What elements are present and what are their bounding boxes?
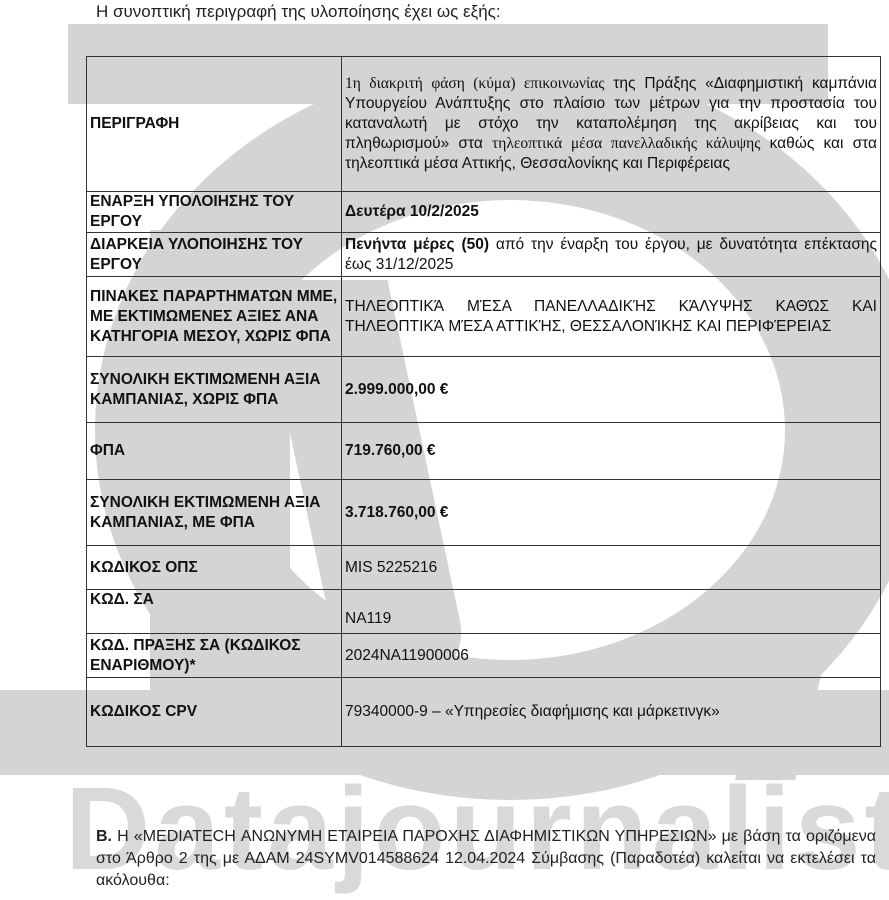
section-b-text: Η «MEDIATECH ΑΝΩΝΥΜΗ ΕΤΑΙΡΕΙΑ ΠΑΡΟΧΗΣ ΔΙ…: [96, 828, 876, 889]
row-label: ΦΠΑ: [87, 423, 342, 480]
row-label: ΚΩΔΙΚΟΣ CPV: [87, 678, 342, 747]
table-row: ΚΩΔ. ΠΡΑΞΗΣ ΣΑ (ΚΩΔΙΚΟΣ ΕΝΑΡΙΘΜΟΥ)*2024Ν…: [87, 634, 881, 678]
value-segment: τηλεοπτικά μέσα πανελλαδικής κάλυψης: [492, 135, 760, 152]
row-value: ΝΑ119: [342, 590, 881, 634]
row-label: ΚΩΔ. ΠΡΑΞΗΣ ΣΑ (ΚΩΔΙΚΟΣ ΕΝΑΡΙΘΜΟΥ)*: [87, 634, 342, 678]
value-text: ΝΑ119: [345, 610, 391, 627]
row-label: ΣΥΝΟΛΙΚΗ ΕΚΤΙΜΩΜΕΝΗ ΑΞΙΑ ΚΑΜΠΑΝΙΑΣ, ΧΩΡΙ…: [87, 357, 342, 423]
value-text: 79340000-9 – «Υπηρεσίες διαφήμισης και μ…: [345, 703, 720, 720]
value-bold: Πενήντα μέρες (50): [345, 236, 489, 253]
row-value: MIS 5225216: [342, 546, 881, 590]
intro-text: Η συνοπτική περιγραφή της υλοποίησης έχε…: [96, 2, 501, 22]
row-value: 79340000-9 – «Υπηρεσίες διαφήμισης και μ…: [342, 678, 881, 747]
table-row: ΣΥΝΟΛΙΚΗ ΕΚΤΙΜΩΜΕΝΗ ΑΞΙΑ ΚΑΜΠΑΝΙΑΣ, ΧΩΡΙ…: [87, 357, 881, 423]
row-value: Δευτέρα 10/2/2025: [342, 192, 881, 233]
row-label: ΕΝΑΡΞΗ ΥΠΟΛΟΙΗΣΗΣ ΤΟΥ ΕΡΓΟΥ: [87, 192, 342, 233]
project-spec-table: ΠΕΡΙΓΡΑΦΗ1η διακριτή φάση (κύμα) επικοιν…: [86, 56, 881, 747]
table-row: ΚΩΔ. ΣΑΝΑ119: [87, 590, 881, 634]
value-text: 2024ΝΑ11900006: [345, 647, 469, 664]
table-row: ΠΕΡΙΓΡΑΦΗ1η διακριτή φάση (κύμα) επικοιν…: [87, 57, 881, 192]
table-row: ΕΝΑΡΞΗ ΥΠΟΛΟΙΗΣΗΣ ΤΟΥ ΕΡΓΟΥΔευτέρα 10/2/…: [87, 192, 881, 233]
row-label: ΚΩΔΙΚΟΣ ΟΠΣ: [87, 546, 342, 590]
row-value: 1η διακριτή φάση (κύμα) επικοινωνίας της…: [342, 57, 881, 192]
section-b-label: Β.: [96, 828, 112, 845]
table-row: ΚΩΔΙΚΟΣ CPV79340000-9 – «Υπηρεσίες διαφή…: [87, 678, 881, 747]
section-b-paragraph: Β. Η «MEDIATECH ΑΝΩΝΥΜΗ ΕΤΑΙΡΕΙΑ ΠΑΡΟΧΗΣ…: [96, 826, 876, 892]
row-value: 719.760,00 €: [342, 423, 881, 480]
row-value: ΤΗΛΕΟΠΤΙΚΆ ΜΈΣΑ ΠΑΝΕΛΛΑΔΙΚΉΣ ΚΆΛΥΨΗΣ ΚΑΘ…: [342, 277, 881, 357]
row-label: ΚΩΔ. ΣΑ: [87, 590, 342, 634]
value-segment: 1η διακριτή φάση (κύμα) επικοινωνίας: [345, 75, 604, 92]
table-row: ΚΩΔΙΚΟΣ ΟΠΣMIS 5225216: [87, 546, 881, 590]
row-value: 2.999.000,00 €: [342, 357, 881, 423]
value-bold: 3.718.760,00 €: [345, 504, 448, 521]
table-row: ΣΥΝΟΛΙΚΗ ΕΚΤΙΜΩΜΕΝΗ ΑΞΙΑ ΚΑΜΠΑΝΙΑΣ, ΜΕ Φ…: [87, 480, 881, 546]
table-row: ΦΠΑ719.760,00 €: [87, 423, 881, 480]
value-bold: 2.999.000,00 €: [345, 381, 448, 398]
row-label: ΣΥΝΟΛΙΚΗ ΕΚΤΙΜΩΜΕΝΗ ΑΞΙΑ ΚΑΜΠΑΝΙΑΣ, ΜΕ Φ…: [87, 480, 342, 546]
value-text: ΤΗΛΕΟΠΤΙΚΆ ΜΈΣΑ ΠΑΝΕΛΛΑΔΙΚΉΣ ΚΆΛΥΨΗΣ ΚΑΘ…: [345, 298, 877, 335]
value-text: MIS 5225216: [345, 559, 437, 576]
row-value: 3.718.760,00 €: [342, 480, 881, 546]
row-value: Πενήντα μέρες (50) από την έναρξη του έρ…: [342, 233, 881, 277]
table-row: ΠΙΝΑΚΕΣ ΠΑΡΑΡΤΗΜΑΤΩΝ ΜΜΕ, ΜΕ ΕΚΤΙΜΩΜΕΝΕΣ…: [87, 277, 881, 357]
value-bold: Δευτέρα 10/2/2025: [345, 203, 479, 220]
row-label: ΠΙΝΑΚΕΣ ΠΑΡΑΡΤΗΜΑΤΩΝ ΜΜΕ, ΜΕ ΕΚΤΙΜΩΜΕΝΕΣ…: [87, 277, 342, 357]
row-label: ΔΙΑΡΚΕΙΑ ΥΛΟΠΟΙΗΣΗΣ ΤΟΥ ΕΡΓΟΥ: [87, 233, 342, 277]
row-label: ΠΕΡΙΓΡΑΦΗ: [87, 57, 342, 192]
table-row: ΔΙΑΡΚΕΙΑ ΥΛΟΠΟΙΗΣΗΣ ΤΟΥ ΕΡΓΟΥΠενήντα μέρ…: [87, 233, 881, 277]
row-value: 2024ΝΑ11900006: [342, 634, 881, 678]
value-bold: 719.760,00 €: [345, 442, 436, 459]
